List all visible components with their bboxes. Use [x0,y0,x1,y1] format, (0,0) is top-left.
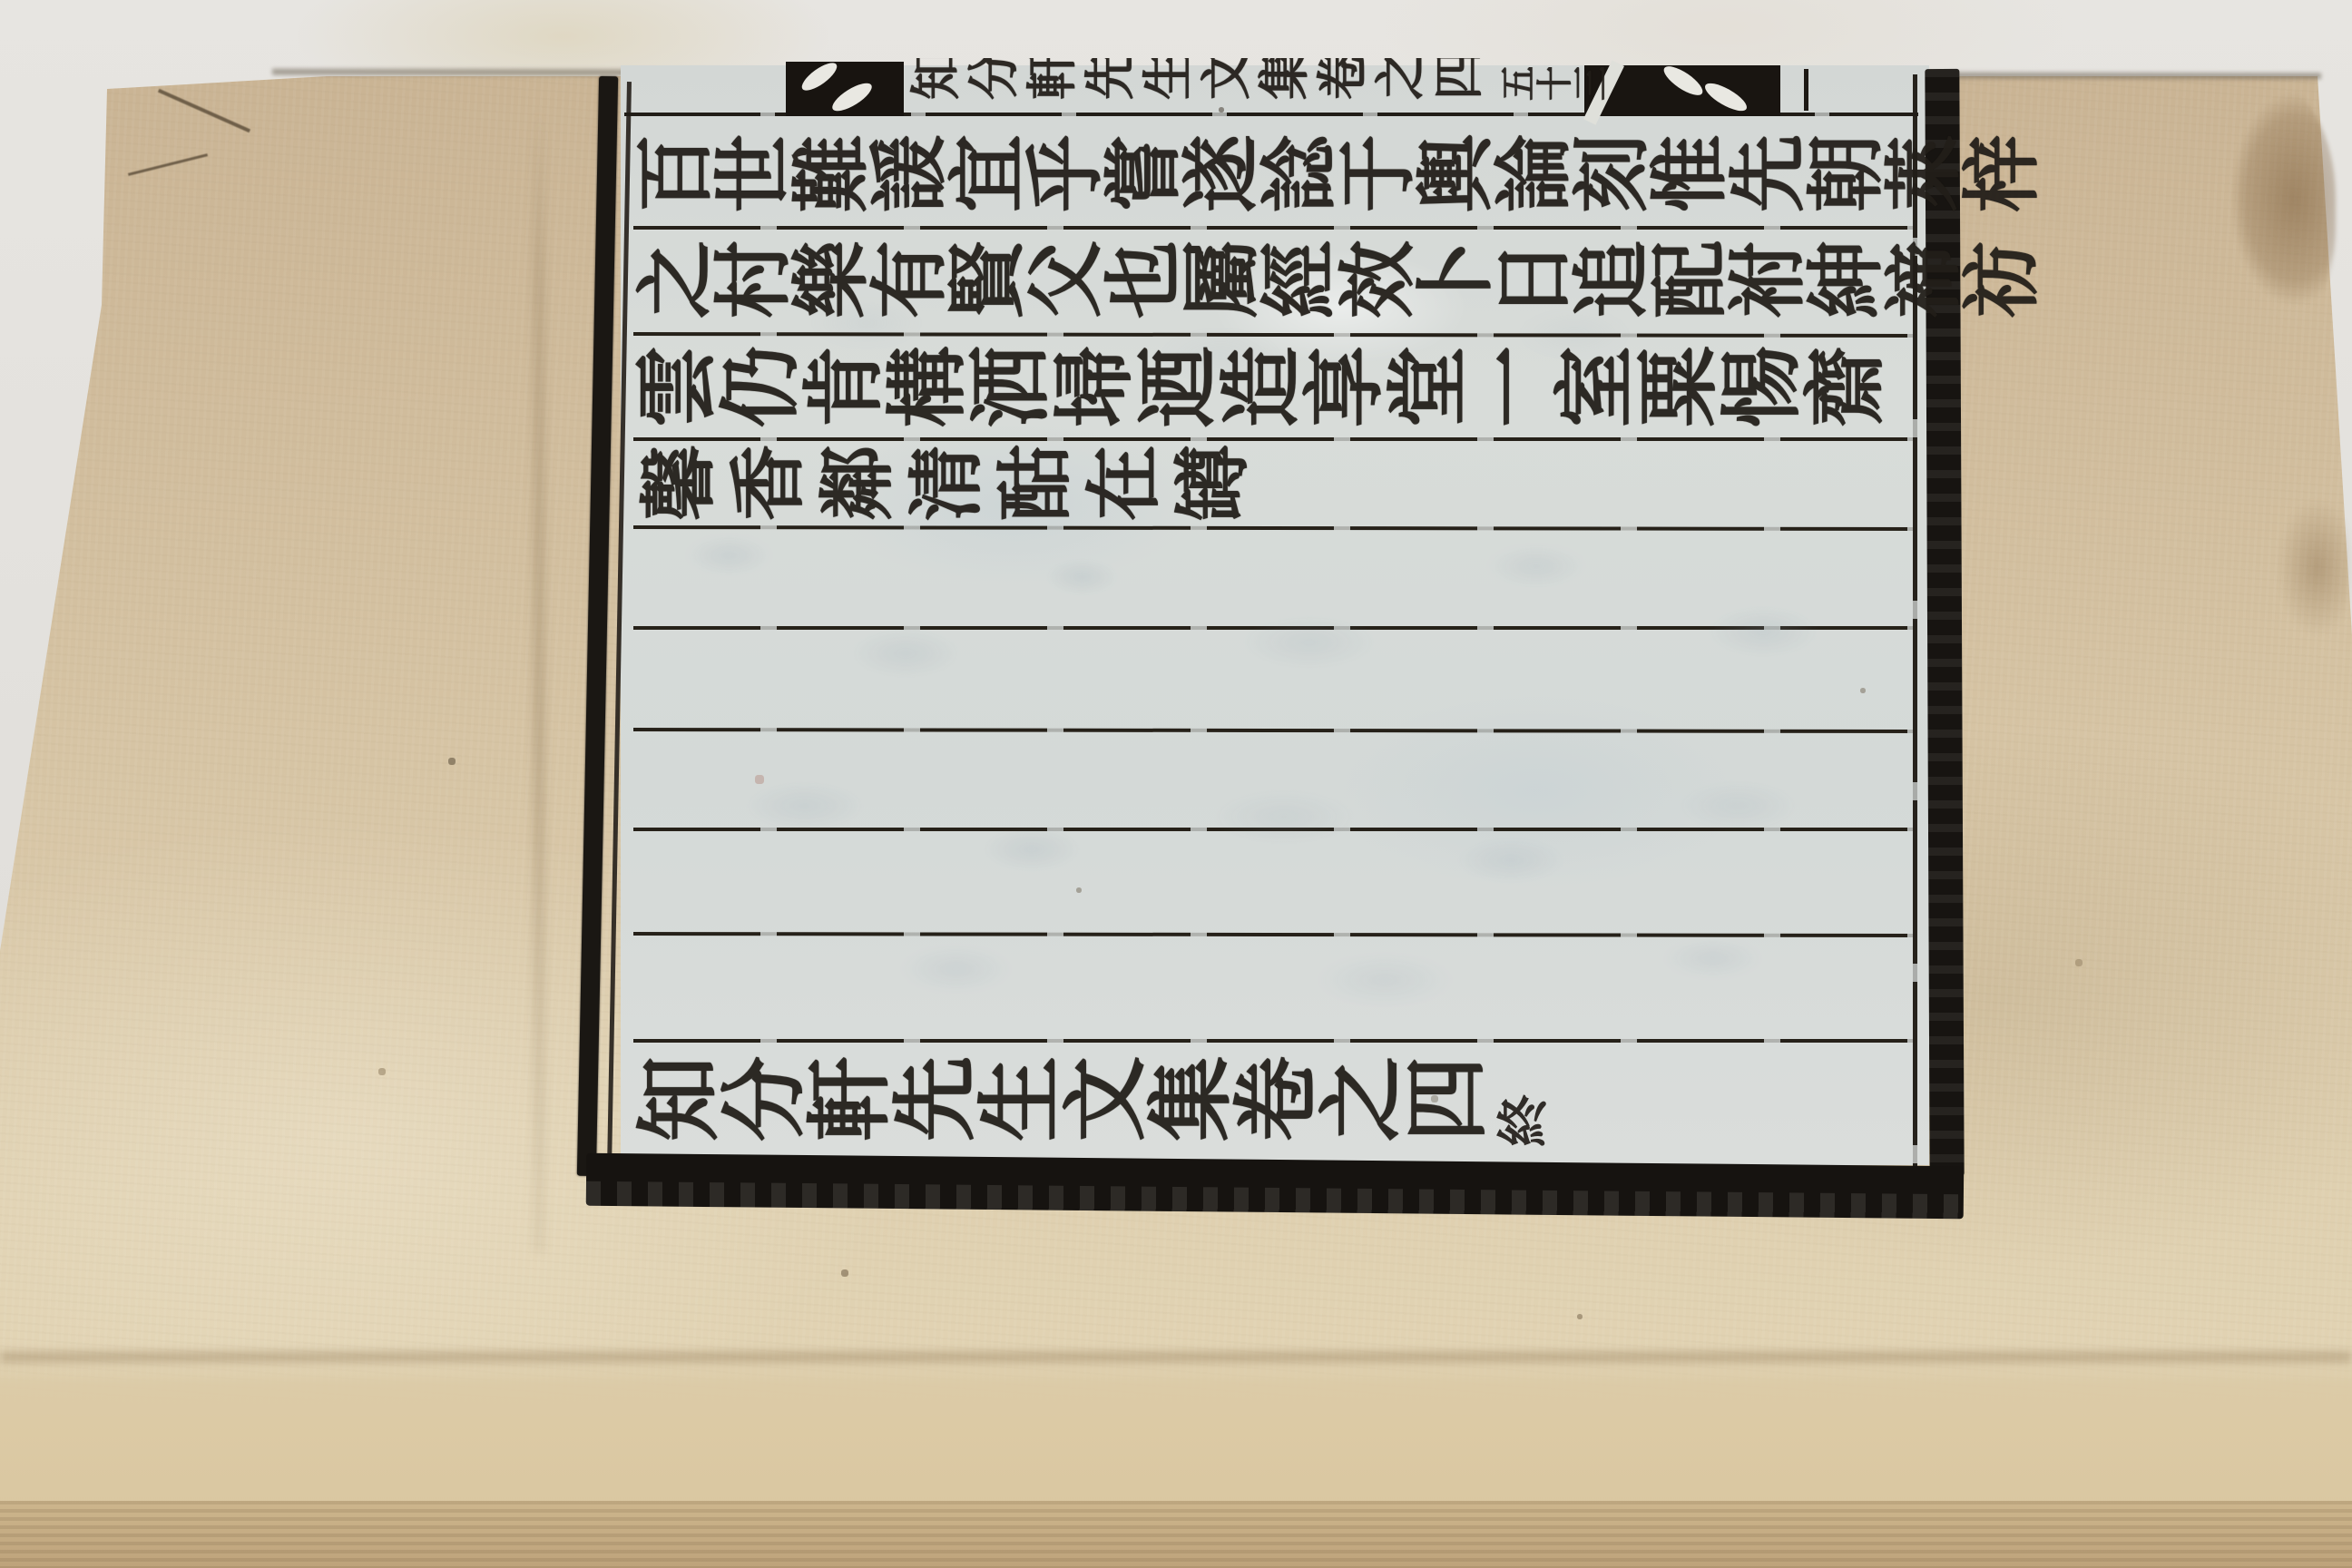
printed-character: 知 [909,58,964,103]
fishtail-petal [1701,78,1750,116]
book-photo: 知分軒先生文集卷之四 五十三 百世難諼宜乎嘗遂諗于輿論刻惟先朝萊梓 之村樂有賢父… [0,0,2352,1568]
text-column-1: 百世難諼宜乎嘗遂諗于輿論刻惟先朝萊梓 [637,122,2042,225]
text-column-2: 之村樂有賢父也屬經效卜日追配祔紳禘祊 [637,229,2042,330]
header-strip-tick [1804,69,1808,111]
printed-character: 先 [1083,58,1138,103]
water-stain [2171,76,2336,348]
printed-character: 梓 [1951,134,2054,212]
printed-character: 祊 [1952,240,2053,318]
printed-character: 分 [967,58,1022,103]
printed-character: 文 [1200,58,1254,103]
fishtail-petal [828,78,876,116]
printed-character: 集 [1258,58,1312,103]
volume-end-column: 知分軒先生文集卷之四 [637,1040,1490,1158]
fishtail-petal [1660,62,1707,101]
fishtail-ornament-icon [1584,65,1780,116]
printed-character: 三 [1569,67,1610,101]
printed-character: 卷 [1316,58,1370,103]
printed-character: 四 [1432,58,1486,103]
page-number: 五十三 [1501,67,1610,113]
printed-character: 生 [1142,58,1196,103]
text-column-3: 雲仍肯構洒埽迺造享堂一室粟惕齋 [635,336,1887,437]
printed-character: 齋 [1795,345,1896,428]
running-title: 知分軒先生文集卷之四 [907,58,1488,113]
fishtail-ornament-icon [786,62,904,116]
water-stain [2241,472,2350,662]
ghost-showthrough [653,490,1915,1034]
foxing-specks [0,0,2,2]
print-frame: 知分軒先生文集卷之四 五十三 百世難諼宜乎嘗遂諗于輿論刻惟先朝萊梓 之村樂有賢父… [581,54,1978,1234]
paper-crease [534,109,544,1252]
fore-edge-pages-lower [0,1501,2352,1568]
end-mark: 終 [1487,1092,1551,1150]
printed-character: 之 [1374,58,1428,103]
fishtail-petal [798,58,840,95]
printed-character: 軒 [1025,58,1080,103]
